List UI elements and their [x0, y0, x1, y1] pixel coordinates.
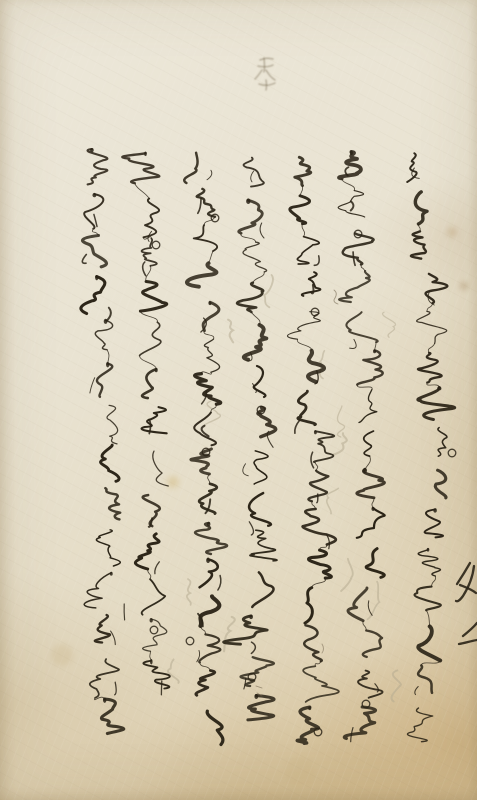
glyph-flick: [143, 262, 146, 276]
screenshot-root: [0, 0, 477, 800]
cursive-ligature: [204, 331, 214, 340]
brush-blob: [249, 615, 253, 619]
glyph-stroke: [239, 200, 263, 233]
brush-blob: [95, 275, 98, 280]
brush-blob: [206, 558, 210, 563]
glyph-stroke: [194, 225, 217, 251]
glyph-stroke: [140, 282, 166, 312]
glyph-flick: [251, 171, 254, 182]
cursive-ligature: [140, 311, 157, 322]
glyph-stroke: [344, 707, 375, 739]
edge-fragment-stroke: [459, 640, 477, 644]
glyph-stroke: [153, 451, 168, 486]
glyph-stroke: [426, 274, 448, 303]
cursive-ligature: [315, 661, 321, 666]
glyph-flick: [251, 642, 255, 653]
glyph-stroke: [191, 449, 212, 474]
header-seal-stroke: [258, 65, 273, 67]
glyph-flick: [249, 522, 253, 535]
brush-blob: [246, 198, 250, 204]
glyph-flick: [327, 535, 330, 549]
punctuation-circle: [211, 214, 219, 222]
glyph-stroke: [417, 311, 447, 343]
glyph-stroke: [95, 320, 112, 349]
cursive-ligature: [107, 350, 109, 364]
glyph-stroke: [357, 350, 382, 384]
glyph-stroke: [102, 699, 124, 733]
glyph-stroke: [348, 588, 367, 621]
glyph-flick: [111, 631, 116, 645]
glyph-flick: [82, 255, 86, 264]
glyph-stroke: [411, 231, 426, 258]
glyph-stroke: [305, 588, 312, 624]
interlinear-note-stroke: [322, 644, 324, 653]
glyph-stroke: [122, 153, 159, 183]
cursive-ligature: [342, 178, 355, 190]
glyph-stroke: [250, 530, 277, 561]
glyph-flick: [243, 464, 249, 476]
glyph-stroke: [290, 196, 310, 224]
cursive-ligature: [200, 663, 211, 671]
showthrough-stroke: [168, 659, 179, 683]
interlinear-note-stroke: [334, 290, 338, 304]
glyph-stroke: [297, 707, 318, 743]
showthrough-stroke: [383, 312, 396, 337]
cursive-ligature: [421, 661, 440, 666]
glyph-stroke: [309, 550, 332, 578]
glyph-stroke: [87, 149, 107, 184]
glyph-stroke: [254, 451, 268, 484]
punctuation-circle: [448, 449, 456, 457]
glyph-stroke: [95, 615, 110, 643]
glyph-flick: [351, 201, 354, 210]
cursive-ligature: [428, 343, 434, 353]
glyph-stroke: [196, 671, 215, 696]
glyph-stroke: [207, 711, 223, 744]
glyph-stroke: [84, 573, 111, 608]
glyph-flick: [115, 682, 116, 695]
glyph-stroke: [244, 325, 266, 360]
facing-page-edge-fragments: [456, 563, 477, 644]
glyph-stroke: [197, 189, 215, 217]
cursive-ligature: [251, 312, 260, 325]
glyph-stroke: [107, 405, 118, 444]
glyph-stroke: [297, 237, 319, 264]
glyph-stroke: [237, 283, 263, 312]
header-seal-stroke: [264, 58, 265, 72]
brush-blob: [207, 522, 210, 527]
glyph-stroke: [195, 374, 221, 405]
text-column: [122, 152, 170, 695]
punctuation-circle: [186, 637, 194, 645]
glyph-flick: [317, 494, 318, 503]
glyph-stroke: [199, 634, 220, 662]
header-seal-stroke: [266, 80, 267, 90]
glyph-stroke: [304, 625, 322, 661]
glyph-flick: [353, 252, 355, 265]
glyph-stroke: [418, 626, 440, 660]
edge-fragment-stroke: [457, 563, 470, 584]
cursive-ligature: [312, 578, 326, 588]
cursive-ligature: [140, 356, 157, 370]
glyph-stroke: [425, 509, 444, 537]
showthrough-stroke: [337, 406, 344, 437]
glyph-stroke: [314, 431, 334, 462]
showthrough-stroke: [224, 617, 235, 651]
cursive-ligature: [148, 569, 151, 579]
glyph-stroke: [105, 488, 120, 519]
text-column: [287, 157, 338, 743]
glyph-flick: [244, 678, 246, 689]
cursive-ligature: [315, 462, 318, 470]
cursive-ligature: [427, 610, 430, 626]
text-column: [81, 148, 125, 733]
glyph-flick: [311, 452, 314, 468]
glyph-stroke: [346, 312, 377, 342]
cursive-ligature: [253, 272, 264, 283]
punctuation-circle: [152, 241, 160, 249]
glyph-stroke: [97, 364, 112, 397]
header-seal-stroke: [260, 58, 273, 60]
header-seal-stroke: [255, 70, 262, 79]
glyph-flick: [155, 562, 160, 574]
glyph-stroke: [142, 239, 157, 266]
glyph-stroke: [438, 428, 447, 457]
glyph-stroke: [243, 242, 267, 272]
glyph-stroke: [143, 619, 167, 651]
glyph-flick: [375, 684, 378, 692]
glyph-flick: [198, 199, 201, 214]
glyph-stroke: [81, 277, 105, 314]
cursive-ligature: [375, 342, 377, 350]
cursive-ligature: [146, 266, 151, 282]
glyph-stroke: [415, 192, 427, 224]
text-column: [338, 151, 384, 742]
paper-stain: [447, 227, 457, 237]
glyph-stroke: [249, 493, 271, 526]
brush-blob: [144, 152, 147, 156]
glyph-stroke: [415, 587, 441, 611]
brush-blob: [314, 430, 317, 434]
glyph-stroke: [258, 408, 276, 437]
glyph-stroke: [195, 523, 227, 554]
glyph-stroke: [184, 153, 197, 183]
brush-blob: [350, 151, 353, 155]
glyph-stroke: [142, 369, 156, 398]
glyph-stroke: [418, 549, 440, 576]
header-seal-stroke: [266, 70, 275, 80]
text-column: [407, 153, 456, 741]
glyph-stroke: [101, 445, 120, 481]
glyph-stroke: [244, 158, 264, 187]
glyph-stroke: [418, 353, 442, 383]
glyph-stroke: [248, 696, 274, 720]
glyph-stroke: [200, 559, 218, 587]
glyph-stroke: [418, 388, 455, 420]
glyph-stroke: [418, 666, 432, 693]
glyph-stroke: [83, 236, 107, 267]
cursive-ligature: [357, 385, 372, 390]
showthrough-stroke: [368, 582, 380, 620]
glyph-stroke: [359, 390, 377, 423]
brush-blob: [254, 694, 258, 699]
glyph-stroke: [339, 271, 370, 302]
glyph-stroke: [140, 322, 161, 355]
glyph-stroke: [303, 666, 339, 702]
cursive-ligature: [297, 339, 311, 351]
showthrough-stroke: [228, 320, 233, 343]
glyph-stroke: [358, 671, 382, 698]
edge-fragment: [456, 563, 476, 601]
cursive-ligature: [241, 233, 256, 242]
glyph-stroke: [338, 191, 365, 218]
cursive-ligature: [363, 621, 366, 631]
glyph-stroke: [366, 549, 384, 578]
cursive-ligature: [150, 651, 152, 660]
glyph-stroke: [142, 579, 166, 615]
glyph-stroke: [339, 152, 361, 179]
glyph-stroke: [187, 263, 217, 287]
showthrough-stroke: [392, 670, 401, 701]
cursive-ligature: [302, 224, 305, 237]
cursive-ligature: [365, 456, 371, 469]
brush-blob: [427, 548, 430, 552]
edge-fragment: [459, 623, 477, 644]
brush-blob: [92, 193, 96, 197]
glyph-flick: [207, 170, 212, 180]
glyph-stroke: [143, 661, 169, 689]
cursive-ligature: [432, 576, 436, 587]
glyph-stroke: [252, 572, 273, 607]
brush-blob: [90, 148, 94, 152]
glyph-flick: [260, 223, 264, 238]
showthrough-stroke: [187, 579, 191, 605]
glyph-flick: [218, 576, 221, 591]
brush-blob: [433, 508, 437, 512]
glyph-stroke: [194, 413, 216, 446]
brush-blob: [104, 319, 108, 324]
brush-blob: [150, 618, 153, 622]
glyph-stroke: [90, 659, 119, 698]
cursive-ligature: [300, 186, 303, 196]
glyph-stroke: [364, 431, 374, 456]
glyph-stroke: [135, 534, 159, 569]
glyph-flick: [295, 420, 300, 433]
glyph-stroke: [295, 157, 311, 185]
glyph-stroke: [435, 470, 446, 498]
brush-blob: [308, 706, 311, 710]
text-column: [224, 158, 277, 720]
glyph-flick: [90, 378, 95, 393]
glyph-stroke: [363, 631, 382, 657]
glyph-stroke: [204, 339, 219, 372]
header-seal-mark: [255, 58, 275, 90]
brush-blob: [110, 572, 113, 576]
showthrough-stroke: [327, 488, 339, 513]
glyph-stroke: [96, 530, 120, 566]
glyph-stroke: [357, 508, 385, 538]
showthrough-stroke: [264, 275, 273, 307]
punctuation-circle: [150, 626, 158, 634]
glyph-stroke: [142, 407, 167, 433]
showthrough-stroke: [341, 559, 353, 591]
cursive-ligature: [209, 251, 213, 263]
glyph-flick: [350, 339, 357, 348]
glyph-stroke: [407, 708, 432, 742]
glyph-stroke: [298, 391, 316, 425]
glyph-stroke: [357, 470, 385, 498]
glyph-stroke: [84, 194, 103, 229]
paper-stain: [460, 282, 468, 290]
glyph-flick: [107, 308, 111, 321]
brush-blob: [208, 301, 211, 305]
cursive-ligature: [427, 303, 433, 311]
paper-stain: [51, 644, 73, 666]
text-column: [184, 153, 227, 745]
glyph-flick: [314, 256, 319, 265]
edge-fragment-stroke: [463, 623, 477, 636]
cursive-ligature: [372, 498, 374, 508]
cursive-ligature: [135, 183, 149, 198]
calligraphy-layer: [0, 0, 477, 800]
paper-stain: [285, 757, 315, 787]
text-columns: [81, 148, 456, 744]
glyph-flick: [415, 687, 418, 695]
brush-blob: [363, 468, 367, 473]
